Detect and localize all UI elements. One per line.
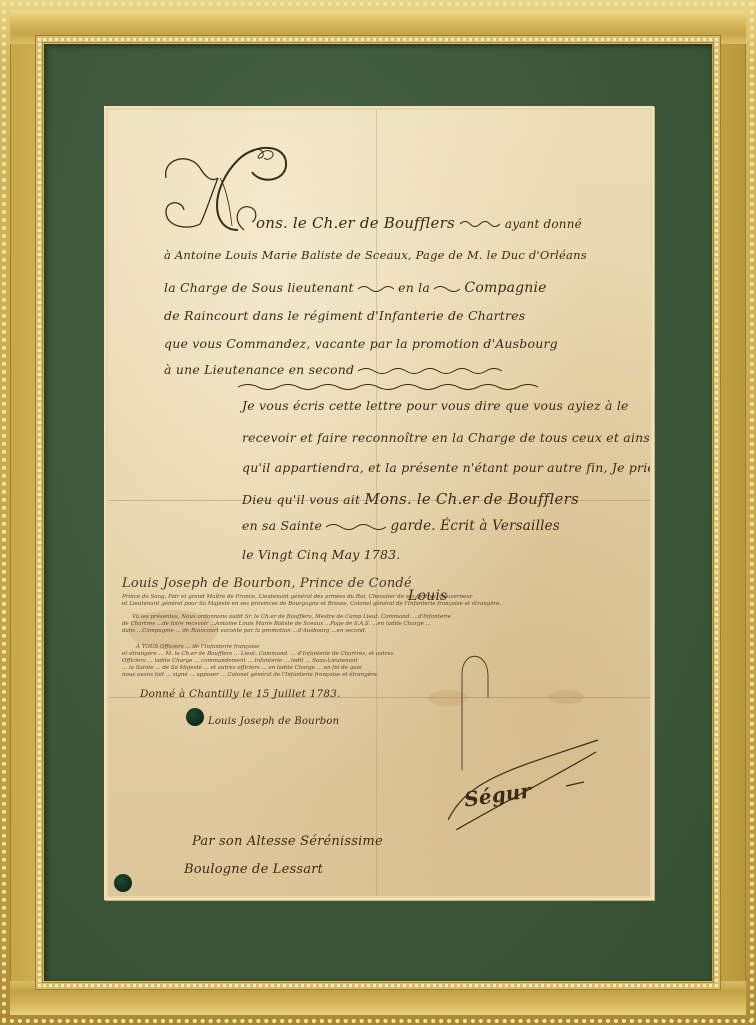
- line-filler-icon: [358, 366, 508, 376]
- line-filler-icon: [434, 284, 460, 294]
- endorsement-text-line: et étrangère ... M. le Ch.er de Bouffler…: [122, 651, 394, 657]
- endorsement-text-line: nous avons fait ... signé ... apposer ..…: [122, 672, 379, 678]
- endorsement-text-line: ... la Sainte ... de Sa Majesté ... et a…: [122, 665, 362, 671]
- letter-line-6: à une Lieutenance en second: [164, 362, 508, 377]
- letter-line-5: que vous Commandez, vacante par la promo…: [164, 336, 558, 351]
- endorsement-heading: Louis Joseph de Bourbon, Prince de Condé: [122, 576, 412, 591]
- line-filler-icon: [326, 522, 386, 532]
- letter-line-4: de Raincourt dans le régiment d'Infanter…: [164, 308, 525, 323]
- commission-letter: ons. le Ch.er de Boufflers ayant donné à…: [108, 110, 650, 896]
- wax-seal: [114, 874, 132, 892]
- letter-line-9: qu'il appartiendra, et la présente n'éta…: [242, 460, 650, 475]
- letter-line-2: à Antoine Louis Marie Baliste de Sceaux,…: [164, 248, 587, 262]
- endorsement-text-line: Vû les présentes, Nous ordonnons audit S…: [132, 614, 451, 620]
- endorsement-date: Donné à Chantilly le 15 Juillet 1783.: [140, 688, 341, 700]
- letter-line-1: ons. le Ch.er de Boufflers ayant donné: [256, 214, 582, 232]
- endorsement-text-line: À TOUS Officiers ... de l'Infanterie fra…: [136, 644, 259, 650]
- line-filler-icon: [460, 219, 500, 229]
- letter-line-10: Dieu qu'il vous ait Mons. le Ch.er de Bo…: [242, 490, 579, 508]
- endorsement-text-line: et Lieutenant général pour Sa Majesté en…: [122, 601, 501, 607]
- wax-seal: [186, 708, 204, 726]
- endorsement-text-line: Prince du Sang, Pair et grand Maître de …: [122, 594, 472, 600]
- letter-line-12: le Vingt Cinq May 1783.: [242, 547, 400, 562]
- letter-line-3: la Charge de Sous lieutenant en la Compa…: [164, 280, 547, 296]
- endorsement-text-line: dans ...Compagnie ... de Raincourt vacan…: [122, 628, 366, 634]
- letter-line-8: recevoir et faire reconnoître en la Char…: [242, 430, 650, 445]
- prince-signature: Louis Joseph de Bourbon: [208, 716, 339, 727]
- section-divider-icon: [238, 382, 538, 392]
- countersign-line-1: Par son Altesse Sérénissime: [192, 834, 383, 849]
- line-filler-icon: [358, 284, 394, 294]
- letter-line-7: Je vous écris cette lettre pour vous dir…: [242, 398, 629, 413]
- endorsement-text-line: de Chartres ...de faire recevoir ...Anto…: [122, 621, 431, 627]
- countersign-line-2: Boulogne de Lessart: [184, 862, 323, 877]
- endorsement-text-line: Officiers ... ladite Charge ... commande…: [122, 658, 358, 664]
- letter-line-11: en sa Sainte garde. Écrit à Versailles: [242, 518, 560, 534]
